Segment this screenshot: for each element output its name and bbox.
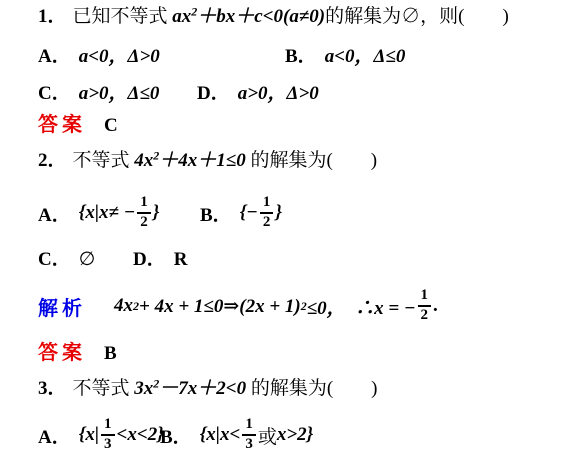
fraction-numerator: 1 <box>101 417 115 436</box>
fraction-numerator: 1 <box>418 288 432 307</box>
q1-text-post: 的解集为∅，则( ) <box>325 6 509 27</box>
q2-text-pre: 不等式 <box>73 150 135 171</box>
q3-math-1: 3x <box>134 378 153 399</box>
q1-option-a: A．a<0，Δ>0 <box>38 44 160 71</box>
q2-option-a-label: A． <box>38 200 71 227</box>
q3-number: 3． <box>38 378 67 399</box>
q3-option-b-label: B． <box>160 422 192 449</box>
q2-option-a-post: } <box>153 202 160 224</box>
fraction-denominator: 2 <box>140 214 148 231</box>
q1-option-d-label: D． <box>197 83 230 104</box>
q2-option-d: D．R <box>133 247 187 274</box>
q3-option-a-fraction: 13 <box>101 417 115 453</box>
q3-option-a: A．{x|13<x<2} <box>38 412 164 458</box>
q2-option-c-value: ∅ <box>79 249 96 270</box>
q3-math-2: －7x＋2<0 <box>159 378 246 399</box>
q2-option-b-post: } <box>275 202 282 224</box>
q3-text-post: 的解集为( ) <box>246 378 377 399</box>
q3-option-a-label: A． <box>38 422 71 449</box>
q1-math-1: ax <box>172 6 191 27</box>
q1-answer-label: 答案 <box>38 114 86 136</box>
fraction-numerator: 1 <box>242 417 256 436</box>
q2-math-2: ＋4x＋1≤0 <box>159 150 245 171</box>
fraction-denominator: 3 <box>245 436 253 453</box>
q2-option-b-label: B． <box>200 200 232 227</box>
q3-option-b-fraction: 13 <box>242 417 256 453</box>
worksheet-page: 1．已知不等式 ax2＋bx＋c<0(a≠0)的解集为∅，则( ) A．a<0，… <box>0 0 566 470</box>
fraction-numerator: 1 <box>260 195 274 214</box>
q2-option-a: A．{x|x≠ −12} <box>38 190 159 236</box>
q1-option-c: C．a>0，Δ≤0 <box>38 81 159 108</box>
analysis-math-2: + 4x + 1≤0⇒(2x + 1) <box>139 295 301 318</box>
q3-option-b: B．{x|x<13或 x>2} <box>160 412 313 458</box>
q2-option-c: C．∅ <box>38 247 95 274</box>
q2-answer-row: 答案B <box>38 340 117 368</box>
fraction-denominator: 3 <box>104 436 112 453</box>
q3-option-b-mid: 或 <box>258 422 277 449</box>
q1-option-c-label: C． <box>38 83 71 104</box>
fraction-numerator: 1 <box>137 195 151 214</box>
q3-option-a-pre: {x| <box>79 424 99 446</box>
q1-option-d-value: a>0，Δ>0 <box>238 83 319 104</box>
q1-answer-value: C <box>104 115 118 136</box>
q2-stem: 2．不等式 4x2＋4x＋1≤0 的解集为( ) <box>38 148 377 175</box>
q3-text-pre: 不等式 <box>73 378 135 399</box>
q1-stem: 1．已知不等式 ax2＋bx＋c<0(a≠0)的解集为∅，则( ) <box>38 4 509 31</box>
q2-math-1: 4x <box>134 150 153 171</box>
q2-option-d-label: D． <box>133 249 166 270</box>
fraction-denominator: 2 <box>263 214 271 231</box>
q3-option-b-post: x>2} <box>277 424 313 446</box>
q1-option-b: B．a<0，Δ≤0 <box>285 44 405 71</box>
q1-option-a-value: a<0，Δ>0 <box>79 46 160 67</box>
q2-option-c-label: C． <box>38 249 71 270</box>
q1-option-b-label: B． <box>285 46 317 67</box>
q2-text-post: 的解集为( ) <box>246 150 377 171</box>
analysis-fraction: 12 <box>418 288 432 324</box>
q2-answer-value: B <box>104 343 117 364</box>
q2-analysis-label: 解析 <box>38 292 86 321</box>
q2-analysis-row: 解析 4x2 + 4x + 1≤0⇒(2x + 1)2≤0， ∴x = −12. <box>38 283 438 329</box>
q3-stem: 3．不等式 3x2－7x＋2<0 的解集为( ) <box>38 376 378 403</box>
q2-analysis-math: 4x2 + 4x + 1≤0⇒(2x + 1)2≤0， ∴x = −12. <box>114 288 438 324</box>
fraction-denominator: 2 <box>421 307 429 324</box>
analysis-end: . <box>433 295 438 317</box>
q1-option-b-value: a<0，Δ≤0 <box>325 46 406 67</box>
q1-option-a-label: A． <box>38 46 71 67</box>
q2-option-b-fraction: 12 <box>260 195 274 231</box>
q1-option-c-value: a>0，Δ≤0 <box>79 83 160 104</box>
q2-option-d-value: R <box>174 249 188 270</box>
q2-option-a-pre: {x|x≠ − <box>79 202 136 224</box>
q1-option-d: D．a>0，Δ>0 <box>197 81 319 108</box>
q2-option-a-fraction: 12 <box>137 195 151 231</box>
q2-option-b-pre: {− <box>240 202 258 224</box>
q3-option-b-pre: {x|x< <box>200 424 241 446</box>
q1-answer-row: 答案C <box>38 112 118 140</box>
analysis-math-3: ≤0， ∴x = − <box>307 293 416 320</box>
q2-number: 2． <box>38 150 67 171</box>
q3-option-a-post: <x<2} <box>117 424 164 446</box>
q2-option-b: B．{−12} <box>200 190 282 236</box>
q1-number: 1． <box>38 6 67 27</box>
analysis-math-1: 4x <box>114 295 133 317</box>
q1-math-2: ＋bx＋c<0(a≠0) <box>197 6 325 27</box>
q2-answer-label: 答案 <box>38 342 86 364</box>
q1-text-pre: 已知不等式 <box>73 6 173 27</box>
